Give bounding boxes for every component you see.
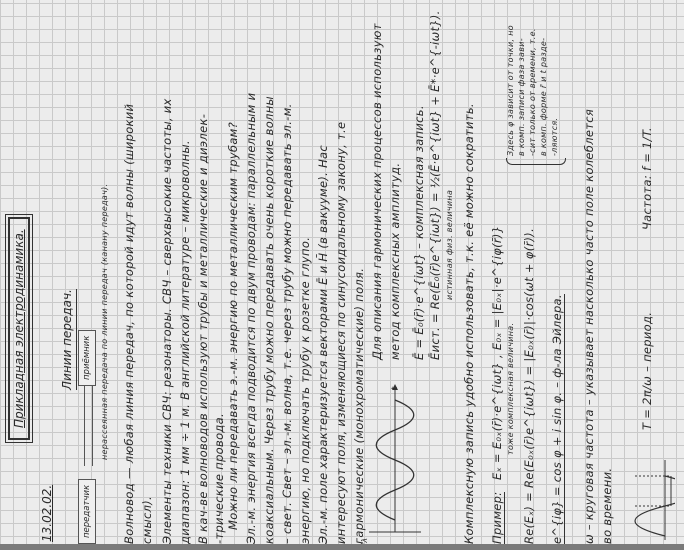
text-line: Волновод — любая линия передач, по котор…	[122, 104, 136, 544]
diagram-caption: нерассеянная передача по линии передач (…	[100, 184, 109, 460]
text-line: коаксиальным. Через трубу можно передава…	[262, 96, 276, 544]
side-note-line: Здесь φ зависит от точки, но	[506, 25, 515, 156]
side-note-line: -ляются.	[550, 118, 559, 156]
euler-formula: e^{iφ} = cos φ + i sin φ. – ф-ла Эйлера.	[550, 294, 565, 544]
line-bottom	[92, 386, 93, 466]
transmitter-box: передатчик	[78, 479, 96, 544]
scanned-page: Прикладная электродинамика. 13.02.02. Ли…	[0, 0, 684, 550]
equation-example: Eₓ = E₀ₓ(r̄)·e^{iωt} , E₀ₓ = |E₀ₓ|·e^{iφ…	[490, 226, 504, 480]
text-line: смысл).	[140, 496, 154, 544]
text-line: во времени.	[600, 468, 614, 544]
side-note-bracket	[506, 158, 566, 165]
side-note-line: -сит только от времени, т.е.	[528, 28, 537, 156]
text-line: интересуют поля, изменяющиеся по синусои…	[334, 122, 348, 544]
equation-real: Ēист. = Re(Ē₀(r̄)e^{iωt}) = ½(Ē·e^{iωt} …	[428, 10, 442, 360]
page-title: Прикладная электродинамика.	[8, 217, 30, 440]
side-note-line: в комп. форме r̄ и t разде-	[539, 38, 548, 156]
text-line: диапазон: 1 мм ÷ 1 м. В английской литер…	[178, 140, 192, 544]
text-line: метод комплексных амплитуд.	[388, 163, 402, 360]
receiver-box: приёмник	[78, 330, 96, 386]
wave-x-label: t	[390, 387, 399, 390]
frequency-formula: Частота: f = 1/T.	[640, 127, 654, 230]
equation-re: Re(Eₓ) = Re(E₀ₓ(r̄)e^{iωt}) = |E₀ₓ(r̄)|·…	[522, 228, 536, 544]
text-line: ω – круговая частота – указывает насколь…	[582, 109, 596, 544]
example-label: Пример:	[490, 492, 505, 544]
text-line: Эл.-м. поле характеризуется векторами Ē …	[316, 145, 330, 544]
text-line: гармонические (монохроматические) поля.	[352, 268, 366, 544]
equation-note: тоже комплексная величина.	[506, 323, 515, 455]
period-formula: T = 2π/ω – период.	[640, 312, 654, 430]
date: 13.02.02.	[40, 485, 54, 542]
notebook-page: Прикладная электродинамика. 13.02.02. Ли…	[0, 0, 684, 550]
equation-complex: Ē = Ē₀(r̄)·e^{iωt} – комплексная запись.	[412, 105, 426, 360]
text-line: Эл.-м. энергия всегда подводится по двум…	[244, 93, 258, 544]
text-line: энергию, но подключать трубу к розетке г…	[298, 237, 312, 544]
side-note-line: в комп. записи фаза зави-	[517, 38, 526, 156]
text-line: -трические провода.	[212, 413, 226, 544]
scan-edge	[0, 544, 684, 550]
text-line: Можно ли передавать э.-м. энергию по мет…	[226, 122, 240, 530]
text-line: – свет. Свет – эл.-м. волна, т.е. через …	[280, 103, 294, 544]
section-title: Линии передач.	[60, 289, 77, 390]
equation-note: истинная физ. величина	[445, 190, 454, 300]
period-diagram	[615, 456, 675, 546]
line-top	[84, 386, 85, 466]
text-line: Для описания гармонических процессов исп…	[370, 23, 384, 360]
text-line: Комплексную запись удобно использовать, …	[462, 103, 476, 544]
text-line: Элементы техники СВЧ: резонаторы. СВЧ – …	[160, 98, 174, 544]
sine-wave-plot	[365, 380, 425, 540]
text-line: В кач-ве волноводов используют трубы и м…	[196, 114, 210, 544]
